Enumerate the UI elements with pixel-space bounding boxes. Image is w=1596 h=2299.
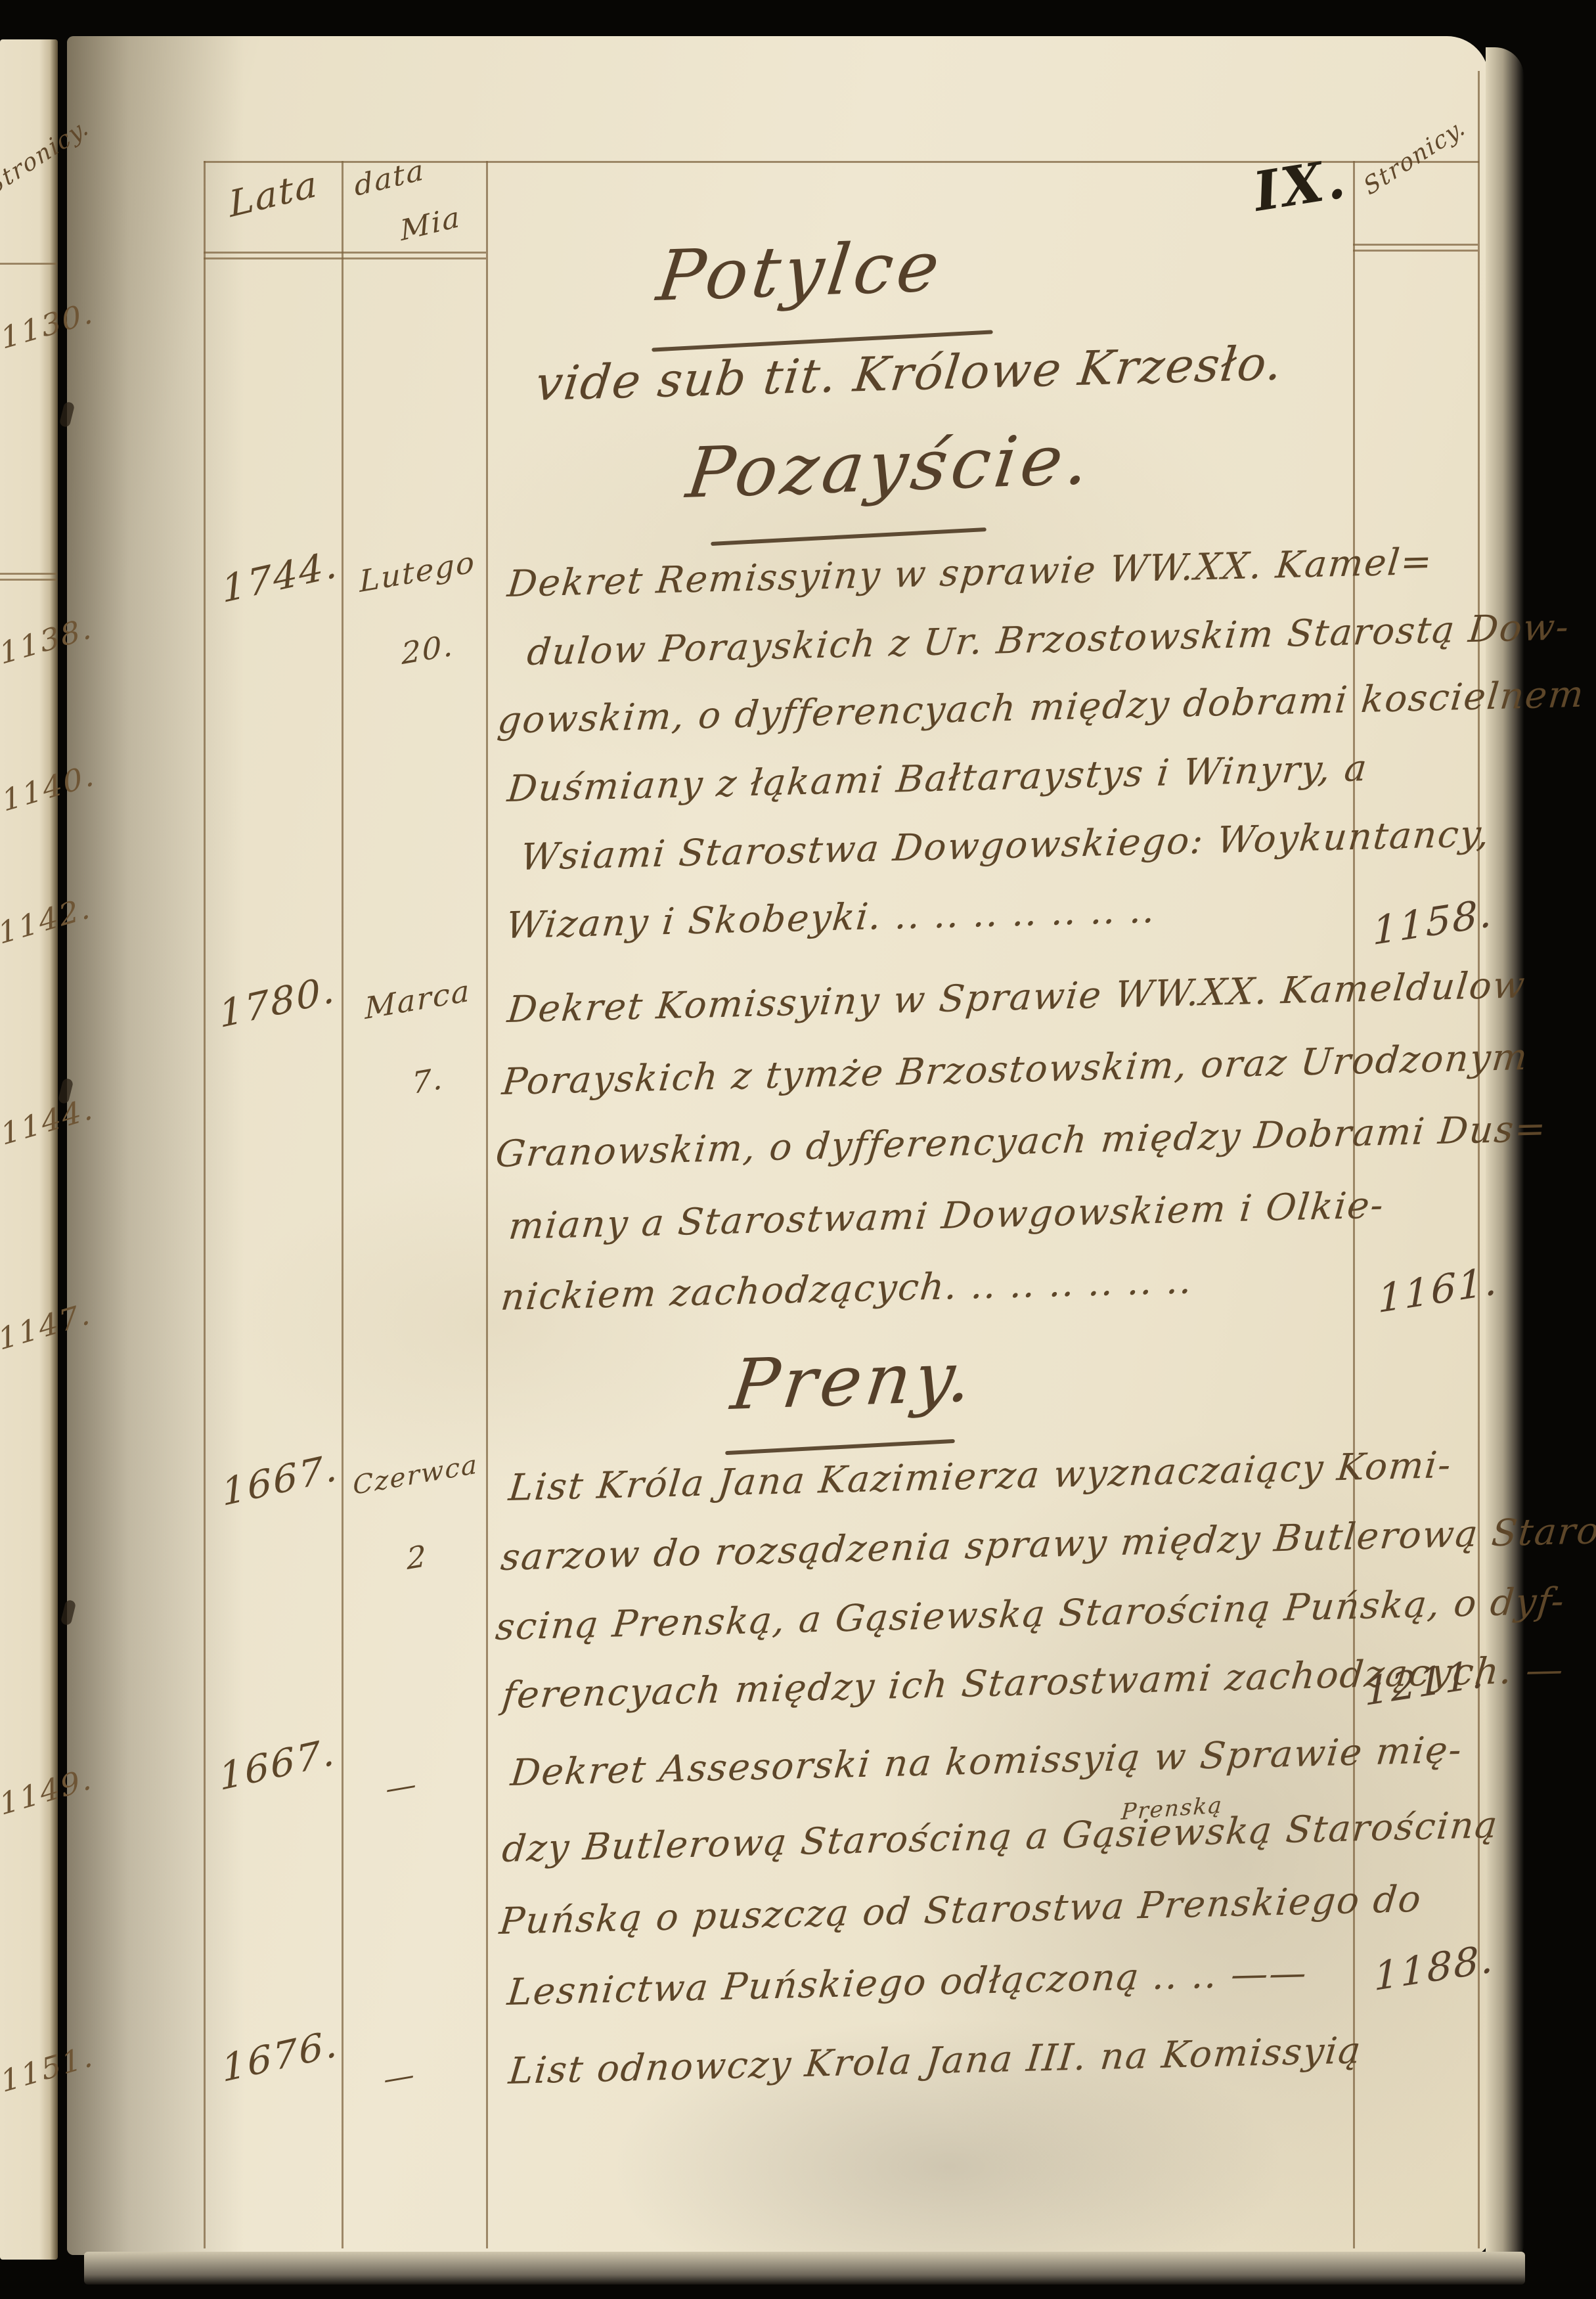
column-rule-left (204, 161, 206, 2248)
entry-month-dash: — (385, 1768, 418, 1804)
book-block-bottom-edge (84, 2252, 1525, 2285)
sliver-header-rule (0, 573, 56, 575)
entry-day: 7. (411, 1063, 444, 1098)
entry-month-dash: — (383, 2059, 416, 2094)
entry-day: 2 (406, 1540, 428, 1574)
sliver-header-rule (0, 579, 56, 581)
page-frame-rule-right (1478, 71, 1480, 2248)
binding-gutter-shadow (67, 36, 244, 2255)
column-rule-data-text (486, 161, 488, 2248)
stronicy-double-rule (1353, 250, 1478, 252)
sliver-top-rule (0, 263, 56, 265)
section-title-preny: Preny. (728, 1342, 979, 1420)
header-double-rule (204, 257, 486, 259)
page-block-edges (1486, 47, 1524, 2260)
folio-number: IX. (1250, 152, 1351, 219)
entry-day: 20. (401, 630, 454, 669)
column-rule-lata-data (342, 161, 344, 2248)
section-title-pozayscie: Pozayście. (683, 425, 1097, 508)
header-double-rule (204, 252, 486, 254)
section-title-potylce: Potylce (654, 232, 947, 311)
manuscript-photo: Stronicy. 1130. 1138. 1140. 1142. 1144. … (0, 0, 1596, 2299)
stronicy-double-rule (1353, 244, 1478, 246)
